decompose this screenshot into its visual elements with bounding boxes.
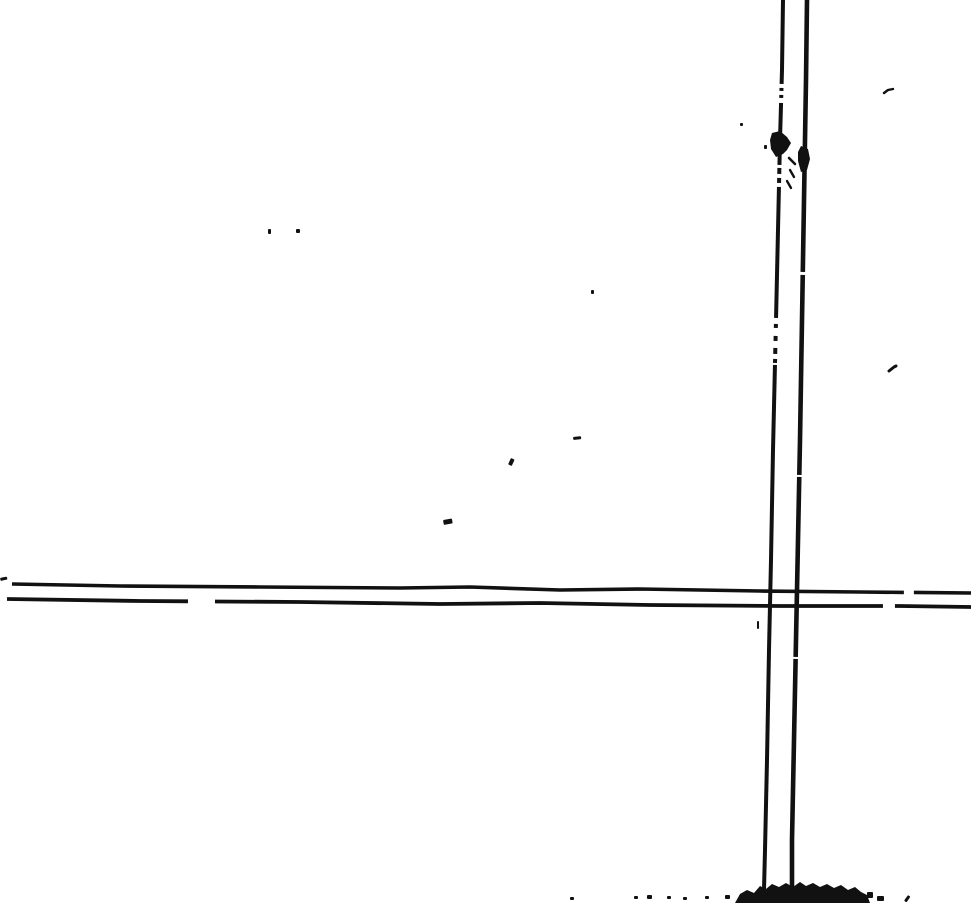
ink-speck-17 <box>867 892 873 898</box>
scan-canvas <box>0 0 972 903</box>
ink-speck-16 <box>725 895 730 899</box>
horizontal-rule-lower <box>7 599 971 607</box>
ink-speck-2 <box>591 290 594 294</box>
bottom-ink-smudge <box>735 882 870 903</box>
flick-between-rules-2 <box>790 170 794 177</box>
ink-speck-10 <box>570 897 574 900</box>
ink-speck-9 <box>0 577 7 581</box>
flick-between-rules-1 <box>789 158 795 164</box>
left-rule-ink-knot <box>770 131 791 157</box>
ink-speck-13 <box>667 896 671 899</box>
ink-speck-4 <box>508 458 515 466</box>
ink-speck-19 <box>904 895 910 902</box>
ink-speck-5 <box>443 518 453 524</box>
ink-speck-18 <box>877 896 884 901</box>
ink-speck-8 <box>757 621 759 629</box>
scanned-document-page <box>0 0 972 903</box>
ink-speck-0 <box>268 229 271 234</box>
flick-between-rules-3 <box>787 181 791 188</box>
ink-speck-15 <box>705 896 709 899</box>
right-rule-ink-knot <box>798 146 810 172</box>
flick-upper-right-margin <box>884 89 893 93</box>
horizontal-rule-upper <box>12 584 971 593</box>
ink-speck-3 <box>573 436 581 440</box>
ink-speck-6 <box>740 123 743 126</box>
ink-speck-12 <box>647 895 652 899</box>
ink-speck-14 <box>683 897 687 900</box>
flick-mid-right-margin <box>889 366 896 371</box>
ink-speck-7 <box>764 145 767 149</box>
ink-speck-11 <box>634 896 638 899</box>
ink-speck-1 <box>296 229 300 233</box>
vertical-rule-right <box>792 0 807 890</box>
